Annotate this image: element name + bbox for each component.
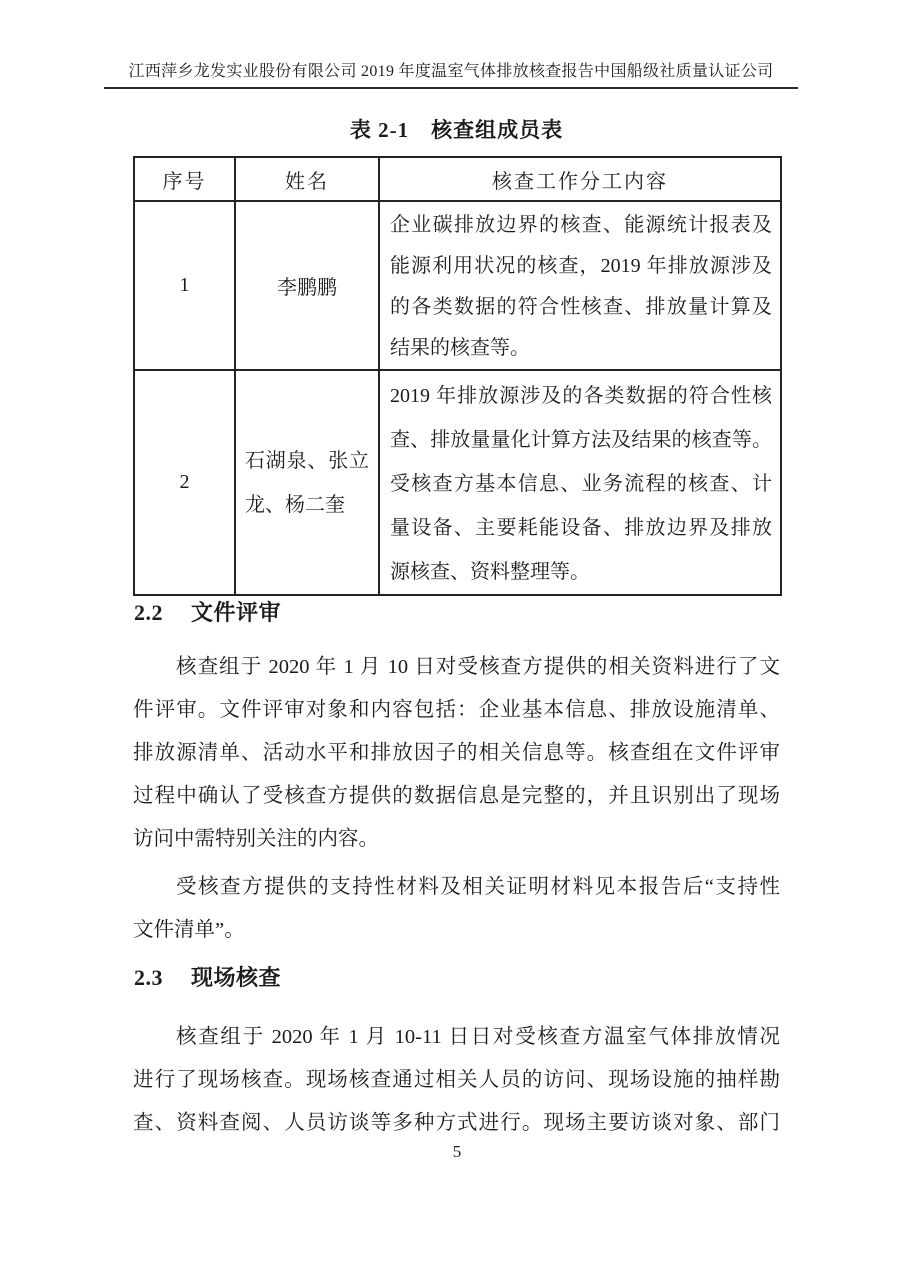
paragraph: 受核查方提供的支持性材料及相关证明材料见本报告后“支持性 文件清单”。 xyxy=(133,866,780,952)
table-row: 1 李鹏鹏 企业碳排放边界的核查、能源统计报表及 能源利用状况的核查，2019 … xyxy=(134,201,781,370)
paragraph-line: 核查组于 2020 年 1 月 10 日对受核查方提供的相关资料进行了文 xyxy=(133,646,780,689)
running-header-text: 江西萍乡龙发实业股份有限公司 2019 年度温室气体排放核查报告中国船级社质量认… xyxy=(129,63,774,80)
duty-line: 源核查、资料整理等。 xyxy=(390,550,772,594)
paragraph-line: 访问中需特别关注的内容。 xyxy=(133,818,780,861)
section-title: 文件评审 xyxy=(191,600,281,625)
duty-line: 企业碳排放边界的核查、能源统计报表及 xyxy=(390,205,772,246)
table-title: 表 2-1 核查组成员表 xyxy=(133,114,780,144)
table-row: 2 石湖泉、张立龙、杨二奎 2019 年排放源涉及的各类数据的符合性核 查、排放… xyxy=(134,370,781,595)
duty-line: 的各类数据的符合性核查、排放量计算及 xyxy=(390,287,772,328)
duty-line: 量设备、主要耗能设备、排放边界及排放 xyxy=(390,506,772,550)
paragraph: 核查组于 2020 年 1 月 10-11 日日对受核查方温室气体排放情况 进行… xyxy=(133,1016,780,1145)
col-header-no: 序号 xyxy=(134,157,235,201)
duty-line: 2019 年排放源涉及的各类数据的符合性核 xyxy=(390,374,772,418)
section-title: 现场核查 xyxy=(191,965,281,990)
col-header-duty: 核查工作分工内容 xyxy=(379,157,781,201)
duty-line: 查、排放量量化计算方法及结果的核查等。 xyxy=(390,418,772,462)
duty-line: 结果的核查等。 xyxy=(390,328,772,369)
member-no: 1 xyxy=(134,201,235,370)
document-page: 江西萍乡龙发实业股份有限公司 2019 年度温室气体排放核查报告中国船级社质量认… xyxy=(0,0,900,1272)
member-name: 石湖泉、张立龙、杨二奎 xyxy=(235,370,379,595)
member-duty: 企业碳排放边界的核查、能源统计报表及 能源利用状况的核查，2019 年排放源涉及… xyxy=(379,201,781,370)
paragraph-line: 核查组于 2020 年 1 月 10-11 日日对受核查方温室气体排放情况 xyxy=(133,1016,780,1059)
duty-line: 能源利用状况的核查，2019 年排放源涉及 xyxy=(390,246,772,287)
paragraph-line: 查、资料查阅、人员访谈等多种方式进行。现场主要访谈对象、部门 xyxy=(133,1102,780,1145)
member-no: 2 xyxy=(134,370,235,595)
paragraph-line: 件评审。文件评审对象和内容包括：企业基本信息、排放设施清单、 xyxy=(133,689,780,732)
running-header: 江西萍乡龙发实业股份有限公司 2019 年度温室气体排放核查报告中国船级社质量认… xyxy=(104,58,798,89)
member-name: 李鹏鹏 xyxy=(235,201,379,370)
section-number: 2.3 xyxy=(134,965,163,990)
col-header-name: 姓名 xyxy=(235,157,379,201)
duty-line: 受核查方基本信息、业务流程的核查、计 xyxy=(390,462,772,506)
members-table: 序号 姓名 核查工作分工内容 1 李鹏鹏 企业碳排放边界的核查、能源统计报表及 … xyxy=(133,156,782,596)
paragraph-line: 文件清单”。 xyxy=(133,909,780,952)
section-number: 2.2 xyxy=(134,600,163,625)
page-number: 5 xyxy=(134,1142,780,1162)
paragraph-line: 进行了现场核查。现场核查通过相关人员的访问、现场设施的抽样勘 xyxy=(133,1059,780,1102)
paragraph-line: 受核查方提供的支持性材料及相关证明材料见本报告后“支持性 xyxy=(133,866,780,909)
section-heading-2-2: 2.2文件评审 xyxy=(134,596,281,627)
table-header-row: 序号 姓名 核查工作分工内容 xyxy=(134,157,781,201)
member-duty: 2019 年排放源涉及的各类数据的符合性核 查、排放量量化计算方法及结果的核查等… xyxy=(379,370,781,595)
paragraph-line: 过程中确认了受核查方提供的数据信息是完整的，并且识别出了现场 xyxy=(133,775,780,818)
paragraph: 核查组于 2020 年 1 月 10 日对受核查方提供的相关资料进行了文 件评审… xyxy=(133,646,780,861)
section-heading-2-3: 2.3现场核查 xyxy=(134,961,281,992)
paragraph-line: 排放源清单、活动水平和排放因子的相关信息等。核查组在文件评审 xyxy=(133,732,780,775)
